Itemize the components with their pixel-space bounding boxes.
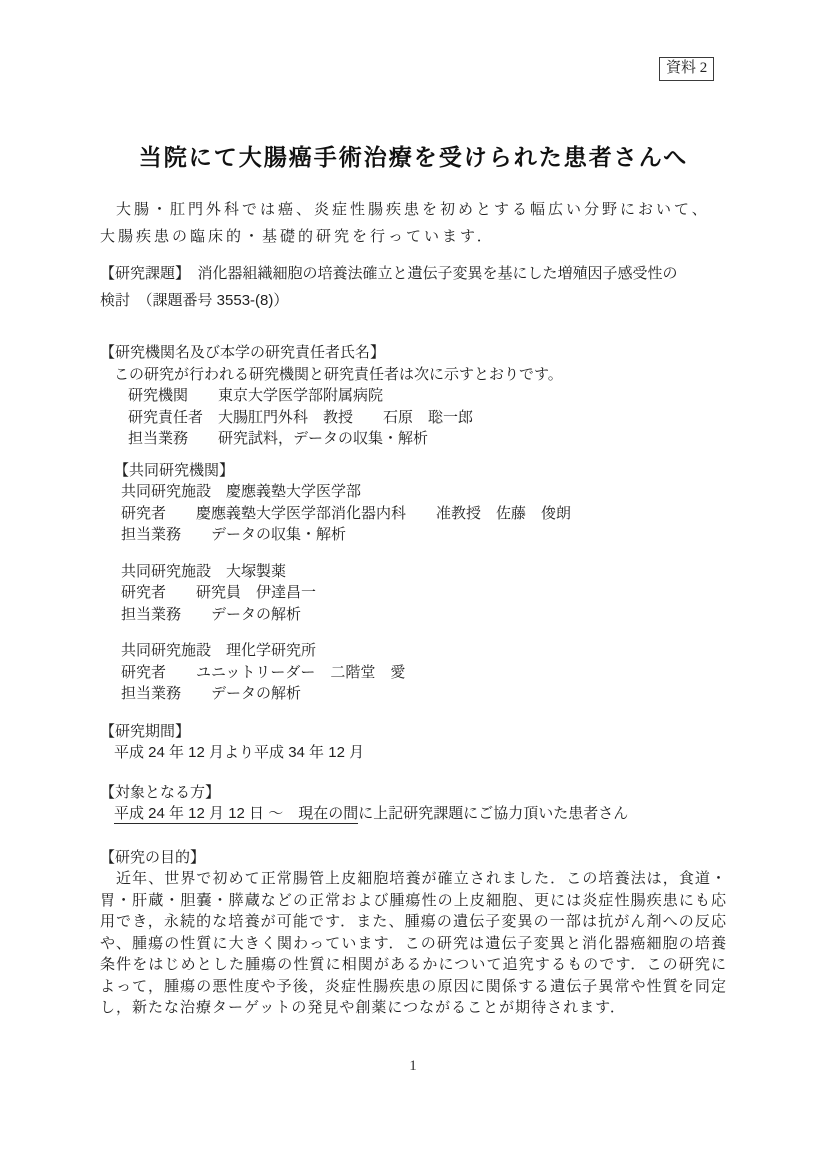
institutions-heading: 【研究機関名及び本学の研究責任者氏名】 — [100, 342, 727, 364]
intro-paragraph: 大腸・肛門外科では癌、炎症性腸疾患を初めとする幅広い分野において、 大腸疾患の臨… — [100, 196, 727, 250]
collaborator-row: 担当業務 データの解析 — [100, 683, 727, 705]
purpose-heading: 【研究の目的】 — [100, 847, 727, 869]
subjects-period-rest: に上記研究課題にご協力頂いた患者さん — [358, 805, 628, 822]
research-topic-section: 【研究課題】 消化器組織細胞の培養法確立と遺伝子変異を基にした増殖因子感受性の … — [100, 260, 727, 314]
collaborator-group-riken: 共同研究施設 理化学研究所 研究者 ユニットリーダー 二階堂 愛 担当業務 デー… — [100, 640, 727, 705]
collaborator-group-otsuka: 共同研究施設 大塚製薬 研究者 研究員 伊達昌一 担当業務 データの解析 — [100, 561, 727, 626]
page-number: 1 — [0, 1058, 826, 1075]
research-topic-line-1: 【研究課題】 消化器組織細胞の培養法確立と遺伝子変異を基にした増殖因子感受性の — [100, 260, 727, 287]
institutions-section: 【研究機関名及び本学の研究責任者氏名】 この研究が行われる研究機関と研究責任者は… — [100, 342, 727, 450]
collaborator-row: 担当業務 データの解析 — [100, 604, 727, 626]
collaborators-heading: 【共同研究機関】 — [100, 460, 727, 482]
document-page: 資料 2 当院にて大腸癌手術治療を受けられた患者さんへ 大腸・肛門外科では癌、炎… — [0, 0, 826, 1169]
period-heading: 【研究期間】 — [100, 721, 727, 743]
intro-line-2: 大腸疾患の臨床的・基礎的研究を行っています． — [100, 223, 727, 250]
subjects-section: 【対象となる方】 平成 24 年 12 月 12 日 ～ 現在の間に上記研究課題… — [100, 782, 727, 825]
period-value: 平成 24 年 12 月より平成 34 年 12 月 — [100, 742, 727, 764]
document-title: 当院にて大腸癌手術治療を受けられた患者さんへ — [100, 142, 727, 172]
collaborator-row: 共同研究施設 大塚製薬 — [100, 561, 727, 583]
purpose-paragraph: 近年、世界で初めて正常腸管上皮細胞培養が確立されました．この培養法は，食道・胃・… — [100, 868, 727, 1019]
institution-row: 研究責任者 大腸肛門外科 教授 石原 聡一郎 — [100, 407, 727, 429]
collaborator-row: 研究者 ユニットリーダー 二階堂 愛 — [100, 662, 727, 684]
collaborator-row: 共同研究施設 慶應義塾大学医学部 — [100, 481, 727, 503]
period-section: 【研究期間】 平成 24 年 12 月より平成 34 年 12 月 — [100, 721, 727, 764]
collaborator-row: 担当業務 データの収集・解析 — [100, 524, 727, 546]
collaborator-row: 研究者 慶應義塾大学医学部消化器内科 准教授 佐藤 俊朗 — [100, 503, 727, 525]
collaborator-row: 共同研究施設 理化学研究所 — [100, 640, 727, 662]
subjects-line: 平成 24 年 12 月 12 日 ～ 現在の間に上記研究課題にご協力頂いた患者… — [100, 803, 727, 825]
collaborator-group-keio: 共同研究施設 慶應義塾大学医学部 研究者 慶應義塾大学医学部消化器内科 准教授 … — [100, 481, 727, 546]
subjects-heading: 【対象となる方】 — [100, 782, 727, 804]
collaborator-row: 研究者 研究員 伊達昌一 — [100, 582, 727, 604]
research-topic-line-2: 検討 （課題番号 3553-(8)） — [100, 287, 727, 314]
institutions-intro: この研究が行われる研究機関と研究責任者は次に示すとおりです。 — [100, 364, 727, 386]
collaborators-section: 【共同研究機関】 共同研究施設 慶應義塾大学医学部 研究者 慶應義塾大学医学部消… — [100, 460, 727, 705]
document-content: 当院にて大腸癌手術治療を受けられた患者さんへ 大腸・肛門外科では癌、炎症性腸疾患… — [100, 0, 727, 1019]
intro-line-1: 大腸・肛門外科では癌、炎症性腸疾患を初めとする幅広い分野において、 — [100, 196, 727, 223]
institution-row: 担当業務 研究試料，データの収集・解析 — [100, 428, 727, 450]
purpose-section: 【研究の目的】 近年、世界で初めて正常腸管上皮細胞培養が確立されました．この培養… — [100, 847, 727, 1019]
subjects-period-underlined: 平成 24 年 12 月 12 日 ～ 現在の間 — [114, 805, 358, 824]
institution-row: 研究機関 東京大学医学部附属病院 — [100, 385, 727, 407]
